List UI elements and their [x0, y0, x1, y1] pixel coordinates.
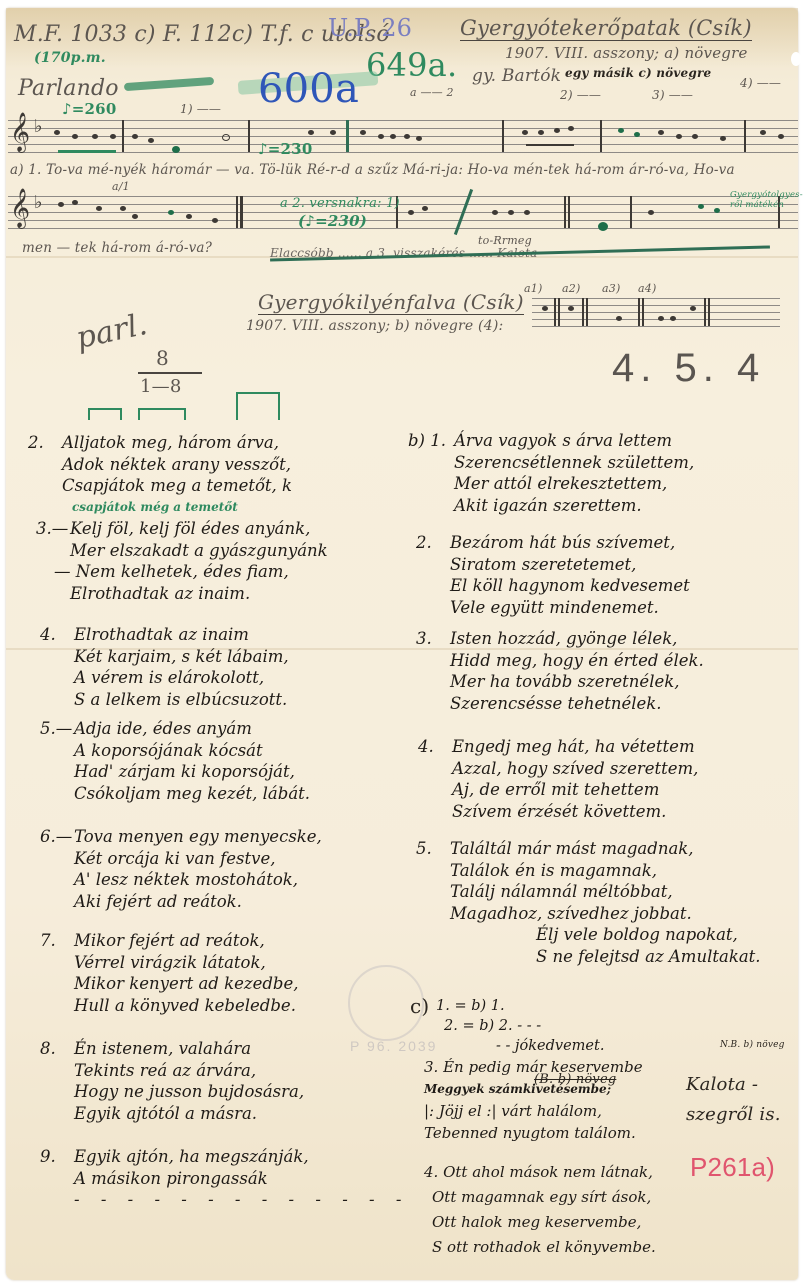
variant-label: 4) ——: [740, 76, 781, 90]
second-verse-note: a 2. versnakra: 1): [280, 196, 400, 211]
red-catalog-code: P261a): [690, 1152, 775, 1183]
verse-b2: 2. Bezárom hát bús szívemet, Siratom sze…: [450, 532, 690, 618]
form-code: 4. 5. 4: [612, 346, 765, 391]
stamp-number: P 96. 2039: [350, 1038, 437, 1054]
verse-4: 4. Elrothadtak az inaim Két karjaim, s k…: [74, 624, 289, 710]
staff-label-a4: a4): [638, 282, 656, 295]
lyrics-line-1: a) 1. To-va mé-nyék háromár — va. Tö-lük…: [10, 162, 735, 178]
lyrics-line-2: men — tek há-rom á-ró-va?: [22, 240, 212, 256]
music-staff-1: 𝄞 ♭ ♪=230: [8, 120, 798, 152]
variant-label: a —— 2: [410, 86, 454, 99]
verse-b5: 5. Találtál már mást magadnak, Találok é…: [450, 838, 761, 967]
margin-note: Gyergyótolgyes-ről mátékén: [730, 190, 790, 210]
variant-label: a/1: [112, 180, 130, 193]
verse-c3: 3. Én pedig már keservembe Meggyek számk…: [424, 1056, 643, 1144]
collection-date-1: 1907. VIII. asszony; a) növegre: [505, 44, 748, 62]
fraction-top: 8: [156, 346, 169, 370]
metronome-260: ♪=260: [62, 100, 116, 118]
nb-note: N.B. b) növeg: [720, 1040, 785, 1050]
note-c-variant: egy másik c) növegre: [565, 66, 711, 80]
catalog-tag: U.P. 26: [328, 14, 412, 42]
staff-label-a1: a1): [524, 282, 542, 295]
variant-label: 2) ——: [560, 88, 601, 102]
place-title-2: Gyergyókilyénfalva (Csík): [258, 290, 524, 315]
verse-b3: 3. Isten hozzád, gyönge lélek, Hidd meg,…: [450, 628, 704, 714]
section-c-label: c): [410, 994, 429, 1018]
variant-label: 3) ——: [652, 88, 693, 102]
treble-clef-icon: 𝄞: [10, 188, 30, 228]
verse-c4: 4. Ott ahol mások nem látnak, Ott magamn…: [424, 1160, 656, 1260]
music-staff-2: 𝄞 ♭: [8, 196, 798, 228]
staff-label-a2: a2): [562, 282, 580, 295]
flat-icon: ♭: [34, 192, 43, 213]
verse-6: 6.— Tova menyen egy menyecske, Két orcáj…: [74, 826, 322, 912]
fraction-bottom: 1—8: [140, 376, 182, 397]
collector-name: gy. Bartók: [472, 66, 561, 86]
verse-9: 9. Egyik ajtón, ha megszánják, A másikon…: [74, 1146, 409, 1211]
green-number: 649a.: [366, 46, 457, 84]
struck-note: (B. b) növeg: [534, 1072, 616, 1087]
verse-8: 8. Én istenem, valahára Tekints reá az á…: [74, 1038, 304, 1124]
rhythm-beam: [138, 408, 186, 420]
staff-label-a3: a3): [602, 282, 620, 295]
tempo-note: (170p.m.: [34, 50, 106, 66]
rhythm-beam: [236, 392, 280, 420]
verse-5: 5.— Adja ide, édes anyám A koporsójának …: [74, 718, 310, 804]
variant-staff: [532, 298, 780, 326]
verse-2: 2. Alljatok meg, három árva, Adok néktek…: [62, 432, 292, 518]
paper-hole: [791, 52, 801, 66]
verse-7: 7. Mikor fejért ad reátok, Vérrel virágz…: [74, 930, 298, 1016]
flat-icon: ♭: [34, 116, 43, 137]
metronome-230: ♪=230: [258, 140, 312, 158]
collection-date-2: 1907. VIII. asszony; b) növegre (4):: [246, 318, 503, 334]
metronome-230-alt: (♪=230): [298, 212, 367, 230]
fraction-bar: [138, 372, 202, 374]
tempo-marking: Parlando: [18, 76, 119, 101]
variant-label: 1) ——: [180, 102, 221, 116]
blue-number: 600a: [258, 66, 359, 112]
verse-correction: csapjátok még a temetőt: [62, 497, 292, 519]
verse-b4: 4. Engedj meg hát, ha vétettem Azzal, ho…: [452, 736, 698, 822]
treble-clef-icon: 𝄞: [10, 112, 30, 152]
rhythm-beam: [88, 408, 122, 420]
verse-3: 3.— Kelj föl, kelj föl édes anyánk, Mer …: [70, 518, 328, 604]
verse-c: 1. = b) 1. 2. = b) 2. - - - - - jókedvem…: [436, 996, 604, 1056]
place-title-1: Gyergyótekerőpatak (Csík): [460, 16, 752, 41]
verse-b1: b) 1. Árva vagyok s árva lettem Szerencs…: [454, 430, 694, 516]
kalota-aside: Kalota - szegről is.: [686, 1070, 796, 1130]
